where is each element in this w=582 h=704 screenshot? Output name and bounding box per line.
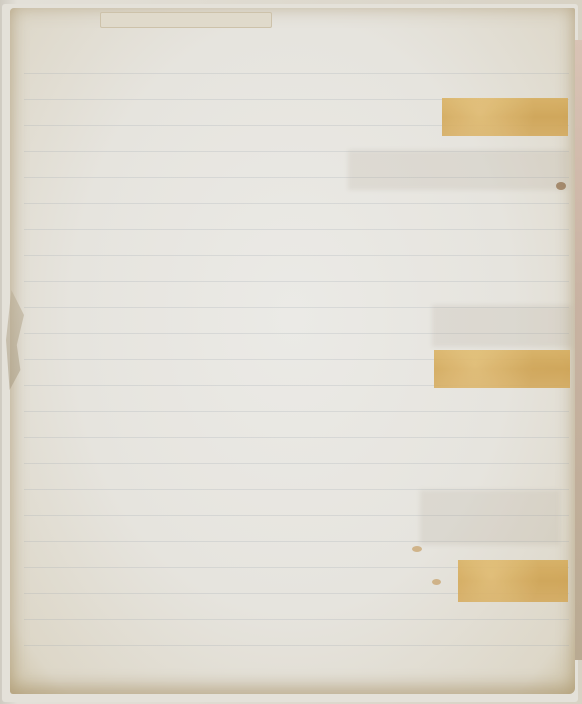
tape-strip-middle	[434, 350, 570, 388]
tape-strip-upper	[442, 98, 568, 136]
stain-spot	[556, 182, 566, 190]
tape-strip-lower	[458, 560, 568, 602]
tape-residue-middle	[432, 305, 572, 347]
top-paper-strip	[100, 12, 272, 28]
stain-spot	[412, 546, 422, 552]
stain-spot	[432, 579, 441, 585]
tape-residue-lower	[420, 490, 560, 545]
tape-residue-upper	[348, 150, 568, 190]
right-page-edge	[574, 40, 582, 660]
